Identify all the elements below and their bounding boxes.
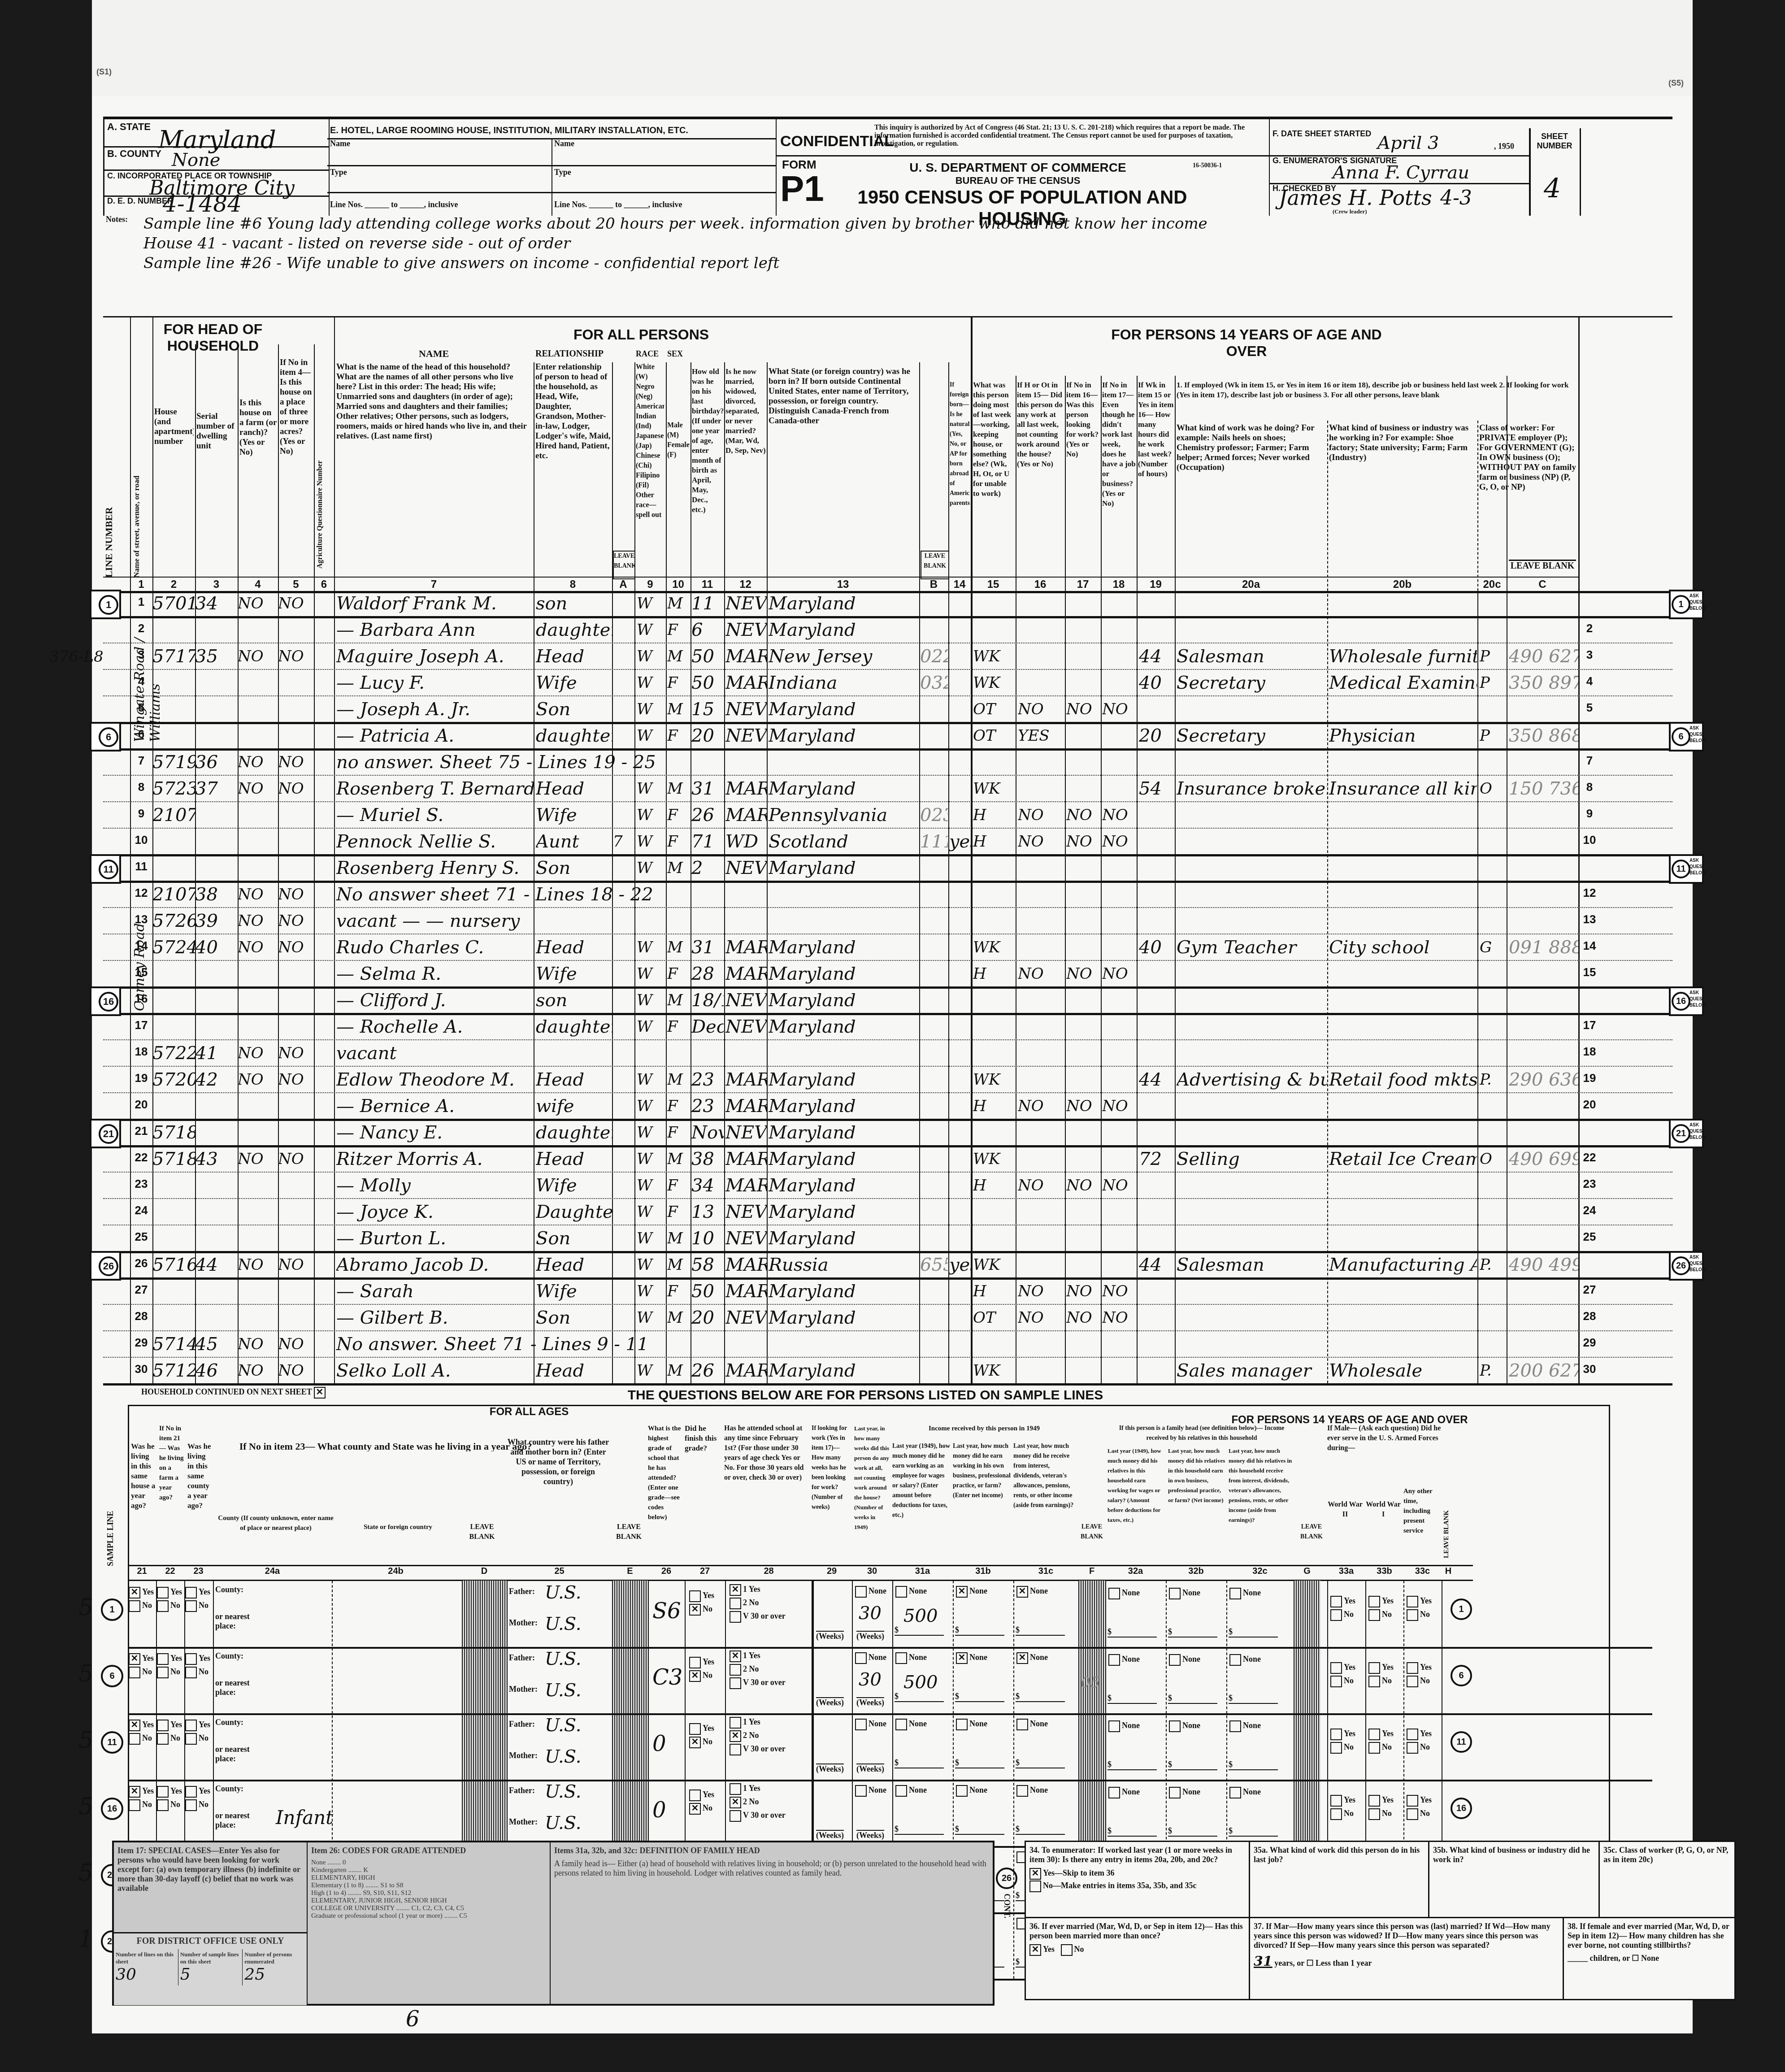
ask-questions-below-marker: 1ASK QUES. BELOW	[1669, 590, 1704, 619]
q33c-yes-checkbox[interactable]	[1407, 1729, 1418, 1740]
line-number: 1	[130, 595, 152, 609]
cell-C: 490 499 1	[1509, 1255, 1578, 1275]
cell-act: WK	[973, 646, 1016, 667]
col-num: 20b	[1327, 578, 1477, 591]
cell-acres: NO	[278, 1360, 314, 1381]
q33b-no-checkbox[interactable]	[1368, 1808, 1380, 1820]
q23-yes-checkbox[interactable]	[185, 1653, 197, 1665]
cell-rel: Head	[536, 1255, 612, 1275]
q27-no-checkbox[interactable]: ✕	[689, 1604, 701, 1616]
cell-C: 350 868 1	[1509, 725, 1578, 746]
q31c-none-checkbox[interactable]	[1016, 1719, 1028, 1730]
q24a-header: County (If county unknown, enter name of…	[217, 1513, 334, 1563]
q33a-no-checkbox[interactable]	[1330, 1742, 1342, 1754]
cell-look: NO	[1066, 1281, 1101, 1302]
q21-no-checkbox[interactable]	[129, 1733, 140, 1745]
cell-farm: NO	[238, 937, 278, 958]
cell-C: 290 636 1	[1509, 1069, 1578, 1090]
date-year: , 1950	[1494, 142, 1514, 151]
q21-no-checkbox[interactable]	[129, 1799, 140, 1811]
q32b-none-checkbox[interactable]	[1169, 1720, 1181, 1732]
q36-text: 36. If ever married (Mar, Wd, D, or Sep …	[1029, 1922, 1246, 1941]
sample-row: 51✕YesNoYesNoYesNoCounty:or nearest plac…	[128, 1581, 1652, 1649]
q28-no-checkbox[interactable]: ✕	[730, 1730, 741, 1742]
q33c-yes-checkbox[interactable]	[1407, 1795, 1418, 1807]
q21-yes-checkbox[interactable]: ✕	[129, 1786, 140, 1798]
cell-house: 5712	[152, 1360, 195, 1381]
sheet-number-label: SHEET NUMBER	[1532, 132, 1577, 151]
table-row: 2525— Burton L.SonWM10NEVMaryland	[103, 1225, 1672, 1253]
cell-name: Abramo Jacob D.	[336, 1255, 534, 1275]
q28-yes-checkbox[interactable]: ✕	[730, 1584, 741, 1596]
q21-no-checkbox[interactable]	[129, 1667, 140, 1678]
q27-yes-checkbox[interactable]	[689, 1723, 701, 1735]
lower-col-num: 27	[685, 1566, 725, 1577]
q33c-no-checkbox[interactable]	[1407, 1609, 1418, 1621]
q32b-none-checkbox[interactable]	[1169, 1787, 1181, 1798]
q27-no-checkbox[interactable]: ✕	[689, 1803, 701, 1815]
cell-name: Rosenberg T. Bernard	[336, 778, 534, 799]
q37-box: 37. If Mar—How many years since this per…	[1249, 1917, 1565, 2000]
q33b-yes-checkbox[interactable]	[1368, 1662, 1380, 1674]
cell-rel: Son	[536, 858, 612, 878]
q33a-no-checkbox[interactable]	[1330, 1808, 1342, 1820]
q34-no-checkbox[interactable]	[1029, 1881, 1041, 1892]
q22-yes-checkbox[interactable]	[157, 1786, 169, 1798]
cell-farm: NO	[238, 1069, 278, 1090]
all-ages-heading: FOR ALL AGES	[238, 1406, 821, 1418]
q23-no-checkbox[interactable]	[185, 1733, 197, 1745]
sample-line-number: 11	[99, 860, 118, 879]
q27-yes-checkbox[interactable]	[689, 1657, 701, 1668]
cell-hrs: 40	[1139, 937, 1175, 958]
line-number-right: 5	[1578, 701, 1601, 715]
cell-mar: WD	[725, 831, 767, 852]
cell-house: 5701	[152, 593, 195, 614]
q35c-text: 35c. Class of worker (P, G, O, or NP, as…	[1603, 1846, 1731, 1864]
cell-occ: Secretary	[1177, 725, 1327, 746]
father-birthplace: U.S.	[545, 1781, 581, 1802]
cell-rel: Head	[536, 646, 612, 667]
q29-header: If looking for work (Yes in item 17)— Ho…	[812, 1424, 852, 1563]
cell-mar: MAR	[725, 1149, 767, 1169]
q21-yes-checkbox[interactable]: ✕	[129, 1653, 140, 1665]
cell-cls: P.	[1480, 1360, 1507, 1381]
q28-yes-checkbox[interactable]: ✕	[730, 1651, 741, 1662]
q31b-none-checkbox[interactable]	[956, 1785, 968, 1797]
q33a-yes-checkbox[interactable]	[1330, 1729, 1342, 1740]
checked-by-signature: James H. Potts	[1279, 186, 1432, 210]
q21-no-checkbox[interactable]	[129, 1600, 140, 1612]
line-number-right: 24	[1578, 1203, 1601, 1217]
col-g-header: LEAVE BLANK	[1298, 1522, 1325, 1542]
q33c-no-checkbox[interactable]	[1407, 1676, 1418, 1687]
q32c-none-checkbox[interactable]	[1229, 1654, 1241, 1666]
q24b-header: State or foreign country	[336, 1522, 460, 1532]
sample-line-number-right: 16	[1451, 1798, 1472, 1819]
lower-col-num: 22	[156, 1566, 184, 1577]
cell-occ: Salesman	[1177, 1255, 1327, 1275]
cell-mar: MAR	[725, 1175, 767, 1196]
q33c-no-checkbox[interactable]	[1407, 1742, 1418, 1754]
q33b-yes-checkbox[interactable]	[1368, 1795, 1380, 1807]
cell-mar: NEV	[725, 1016, 767, 1037]
q30-none-checkbox[interactable]	[855, 1719, 867, 1730]
q33a-yes-checkbox[interactable]	[1330, 1795, 1342, 1807]
q23-yes-checkbox[interactable]	[185, 1720, 197, 1731]
ask-line-number: 21	[1672, 1124, 1690, 1143]
q32a-header: Last year (1949), how much money did his…	[1107, 1446, 1166, 1563]
cell-rel: Son	[536, 699, 612, 720]
q33a-no-checkbox[interactable]	[1330, 1676, 1342, 1687]
cell-B: 023	[920, 805, 948, 825]
q33c-yes-checkbox[interactable]	[1407, 1596, 1418, 1607]
cell-act: WK	[973, 1255, 1016, 1275]
q32a-none-checkbox[interactable]	[1108, 1720, 1120, 1732]
col-num: B	[919, 578, 948, 591]
mother-birthplace: U.S.	[545, 1813, 581, 1833]
notes-section: Notes: Sample line #6 Young lady attendi…	[103, 214, 1246, 295]
lower-col-num: 33c	[1403, 1566, 1442, 1577]
q30-none-checkbox[interactable]	[855, 1652, 867, 1664]
cell-name: vacant	[336, 1043, 534, 1064]
district-col-label: Number of lines on this sheet	[116, 1951, 176, 1965]
sample-line-number: 16	[101, 1798, 123, 1820]
cell-mar: MAR	[725, 937, 767, 958]
cell-race: W	[637, 593, 666, 614]
cell-born: Russia	[769, 1255, 919, 1275]
cell-name: Selko Loll A.	[336, 1360, 534, 1381]
cell-age: 26	[691, 805, 724, 825]
form-id: P1	[780, 169, 824, 209]
line-number-right: 9	[1578, 807, 1601, 821]
cell-name: — Joyce K.	[336, 1202, 534, 1222]
cell-hrs: 40	[1139, 673, 1175, 693]
q31b-none-checkbox[interactable]: ✕	[956, 1586, 968, 1598]
cell-look: NO	[1066, 831, 1101, 852]
q36-no-checkbox[interactable]	[1061, 1944, 1073, 1956]
q22-yes-checkbox[interactable]	[157, 1653, 169, 1665]
q30-none-checkbox[interactable]	[855, 1785, 867, 1797]
q31b-none-checkbox[interactable]	[956, 1719, 968, 1730]
line-26-marker: 26	[996, 1868, 1017, 1889]
cell-name: — Molly	[336, 1175, 534, 1196]
q33b-yes-checkbox[interactable]	[1368, 1729, 1380, 1740]
q21-yes-checkbox[interactable]: ✕	[129, 1587, 140, 1599]
lower-col-num: 33a	[1327, 1566, 1365, 1577]
sheet-header: a. STATE Maryland b. COUNTY None c. INCO…	[103, 117, 1672, 216]
sample-row: 511✕YesNoYesNoYesNoCounty:or nearest pla…	[128, 1713, 1652, 1781]
q28-30-over-checkbox[interactable]	[730, 1677, 741, 1689]
col-num: 17	[1065, 578, 1101, 591]
cell-job: NO	[1102, 964, 1137, 984]
cell-act: OT	[973, 725, 1016, 746]
col20-instructions: 1. If employed (Wk in item 15, or Yes in…	[1177, 380, 1576, 416]
col-e-header: LEAVE BLANK	[612, 1522, 646, 1542]
q28-30-over-checkbox[interactable]	[730, 1744, 741, 1755]
q36-yes-checkbox[interactable]: ✕	[1029, 1944, 1041, 1956]
cell-age: Nov 1949	[691, 1122, 724, 1143]
district-office-heading: FOR DISTRICT OFFICE USE ONLY	[114, 1936, 307, 1946]
q27-yes-checkbox[interactable]	[689, 1790, 701, 1801]
cell-mar: MAR	[725, 805, 767, 825]
cell-born: Maryland	[769, 990, 919, 1011]
q22-no-checkbox[interactable]	[157, 1600, 169, 1612]
q34-yes-checkbox[interactable]: ✕	[1029, 1868, 1041, 1880]
cell-age: 38	[691, 1149, 724, 1169]
cell-age: 18/12	[691, 990, 724, 1011]
institution-type-label-2: Type	[554, 168, 571, 177]
cell-B: 032	[920, 673, 948, 693]
q31b-none-checkbox[interactable]: ✕	[956, 1652, 968, 1664]
nearest-place-label: or nearest place:	[215, 1811, 269, 1830]
table-row: 77571936NONOno answer. Sheet 75 - Lines …	[103, 748, 1672, 776]
q21-yes-checkbox[interactable]: ✕	[129, 1720, 140, 1731]
q27-no-checkbox[interactable]: ✕	[689, 1670, 701, 1682]
table-row: 2222571843NONORitzer Morris A.HeadWM38MA…	[103, 1145, 1672, 1173]
cell-sex: M	[667, 937, 691, 958]
q30-none-checkbox[interactable]	[855, 1586, 867, 1598]
col8-title: RELATIONSHIP	[535, 349, 611, 359]
ask-line-number: 1	[1672, 595, 1690, 614]
q33b-no-checkbox[interactable]	[1368, 1676, 1380, 1687]
q32c-none-checkbox[interactable]	[1229, 1720, 1241, 1732]
sample-margin-code: 1	[78, 1926, 93, 1953]
family-head-definition: A family head is— Either (a) head of hou…	[554, 1859, 986, 1878]
cell-serial: 43	[195, 1149, 238, 1169]
table-row: 2929571445NONONo answer. Sheet 71 - Line…	[103, 1330, 1672, 1358]
cell-C: 350 897 1	[1509, 673, 1578, 693]
cell-mar: MAR	[725, 964, 767, 984]
q33b-no-checkbox[interactable]	[1368, 1609, 1380, 1621]
cell-born: Maryland	[769, 1307, 919, 1328]
ask-questions-below-marker: 26ASK QUES. BELOW	[1669, 1251, 1704, 1281]
cell-race: W	[637, 1255, 666, 1275]
cell-acres: NO	[278, 778, 314, 799]
q31a-amount: 500	[903, 1606, 938, 1626]
cell-job: NO	[1102, 831, 1137, 852]
cell-rel: daughter	[536, 1122, 612, 1143]
cell-born: Indiana	[769, 673, 919, 693]
institution-name-label-2: Name	[554, 139, 574, 148]
table-row: 3030571246NONOSelko Loll A.HeadWM26MARMa…	[103, 1357, 1672, 1386]
q33b-yes-checkbox[interactable]	[1368, 1596, 1380, 1607]
q31a-none-checkbox[interactable]	[895, 1719, 907, 1730]
lower-col-num: 26	[648, 1566, 685, 1577]
cell-job: NO	[1102, 1175, 1137, 1196]
cell-name: no answer. Sheet 75 - Lines 19 - 25	[336, 752, 919, 773]
cell-acres: NO	[278, 911, 314, 931]
q22-no-checkbox[interactable]	[157, 1733, 169, 1745]
sample-questions-banner: THE QUESTIONS BELOW ARE FOR PERSONS LIST…	[507, 1388, 1224, 1403]
lower-col-num: 33b	[1365, 1566, 1403, 1577]
col4-header: Is this house on a farm (or ranch)? (Yes…	[239, 398, 277, 569]
q22-no-checkbox[interactable]	[157, 1799, 169, 1811]
cell-act: H	[973, 1175, 1016, 1196]
col-num: 20a	[1175, 578, 1327, 591]
q22-yes-checkbox[interactable]	[157, 1720, 169, 1731]
cell-nat: yes	[949, 1255, 971, 1275]
q31a-none-checkbox[interactable]	[895, 1652, 907, 1664]
line-number: 23	[130, 1177, 152, 1191]
q27-header: Did he finish this grade?	[685, 1424, 721, 1513]
cell-name: Pennock Nellie S.	[336, 831, 534, 852]
cell-name: — Selma R.	[336, 964, 534, 984]
q31a-none-checkbox[interactable]	[895, 1785, 907, 1797]
q28-no-checkbox[interactable]	[730, 1598, 741, 1609]
sample-line-marker: 21	[90, 1119, 121, 1148]
q27-no-checkbox[interactable]: ✕	[689, 1737, 701, 1748]
col-num: 4	[238, 578, 278, 591]
page-code-left: (S1)	[96, 67, 112, 77]
q31c-none-checkbox[interactable]: ✕	[1016, 1586, 1028, 1598]
q32a-none-checkbox[interactable]	[1108, 1654, 1120, 1666]
cell-act: OT	[973, 699, 1016, 720]
cell-sex: F	[667, 620, 691, 640]
cell-look: NO	[1066, 1096, 1101, 1116]
q23-yes-checkbox[interactable]	[185, 1786, 197, 1798]
q33b-no-checkbox[interactable]	[1368, 1742, 1380, 1754]
q22-yes-checkbox[interactable]	[157, 1587, 169, 1599]
q23-no-checkbox[interactable]	[185, 1600, 197, 1612]
line-number-right: 8	[1578, 780, 1601, 794]
grade-code-item: COLLEGE OR UNIVERSITY ........ C1, C2, C…	[311, 1905, 546, 1912]
previous-sheet-strip: (S1) (S5)	[92, 0, 1693, 97]
cell-name: — Lucy F.	[336, 673, 534, 693]
cell-ind: Manufacturing Agt.	[1329, 1255, 1477, 1275]
sheet-number-block: SHEET NUMBER 4	[1529, 128, 1581, 216]
cell-B: 111	[920, 831, 948, 852]
q22-no-checkbox[interactable]	[157, 1667, 169, 1678]
cell-serial: 41	[195, 1043, 238, 1064]
line-number: 19	[130, 1071, 152, 1085]
cell-house: 5723	[152, 778, 195, 799]
lower-col-num: 25	[507, 1566, 612, 1577]
cell-sex: M	[667, 699, 691, 720]
q32b-none-checkbox[interactable]	[1169, 1654, 1181, 1666]
cell-age: 20	[691, 725, 724, 746]
cell-sex: F	[667, 725, 691, 746]
q32a-none-checkbox[interactable]	[1108, 1588, 1120, 1599]
q33c-header: Any other time, including present servic…	[1403, 1486, 1439, 1563]
sample-line-marker: 1	[90, 590, 121, 619]
line-number-right: 14	[1578, 939, 1601, 953]
cell-mar: NEV	[725, 990, 767, 1011]
table-row: 111ASK QUES. BELOW570134NONOWaldorf Fran…	[103, 590, 1672, 618]
q21-header: Was he living in this same house a year …	[131, 1442, 157, 1558]
cell-work: YES	[1018, 725, 1065, 746]
q33c-no-checkbox[interactable]	[1407, 1808, 1418, 1820]
weeks-label: (Weeks)	[856, 1830, 884, 1840]
cell-ind: City school	[1329, 937, 1477, 958]
cell-born: Maryland	[769, 620, 919, 640]
q23-no-checkbox[interactable]	[185, 1667, 197, 1678]
lower-col-num: 30	[852, 1566, 892, 1577]
cell-work: NO	[1018, 831, 1065, 852]
q31c-none-checkbox[interactable]	[1016, 1785, 1028, 1797]
cell-name: — Gilbert B.	[336, 1307, 534, 1328]
line-number: 26	[130, 1256, 152, 1270]
q28-30-over-checkbox[interactable]	[730, 1810, 741, 1822]
cell-act: WK	[973, 1360, 1016, 1381]
q26-grade: C3	[652, 1665, 682, 1690]
q32c-none-checkbox[interactable]	[1229, 1588, 1241, 1599]
ask-line-number: 6	[1672, 727, 1690, 746]
cell-ind: Wholesale	[1329, 1360, 1477, 1381]
col-num: 9	[634, 578, 666, 591]
table-row: 1212210738NONONo answer sheet 71 - Lines…	[103, 881, 1672, 908]
q33c-yes-checkbox[interactable]	[1407, 1662, 1418, 1674]
q28-no-checkbox[interactable]	[730, 1664, 741, 1676]
cell-rel: wife	[536, 1096, 612, 1116]
q33a-no-checkbox[interactable]	[1330, 1609, 1342, 1621]
cell-job: NO	[1102, 1096, 1137, 1116]
note-line: House 41 - vacant - listed on reverse si…	[143, 234, 1246, 253]
q28-no-checkbox[interactable]: ✕	[730, 1797, 741, 1808]
q36-box: 36. If ever married (Mar, Wd, D, or Sep …	[1025, 1917, 1251, 2000]
cell-race: W	[637, 1202, 666, 1222]
col20a-header: What kind of work was he doing? For exam…	[1177, 423, 1325, 571]
cell-rel: Son	[536, 1307, 612, 1328]
cell-born: Maryland	[769, 1016, 919, 1037]
q28-yes-checkbox[interactable]	[730, 1717, 741, 1729]
head-of-household-heading: FOR HEAD OF HOUSEHOLD	[139, 321, 287, 354]
col11-header: How old was he on his last birthday? (If…	[692, 367, 723, 573]
q28-yes-checkbox[interactable]	[730, 1783, 741, 1795]
lower-col-num: 32c	[1226, 1566, 1294, 1577]
cell-born: Maryland	[769, 725, 919, 746]
q33a-yes-checkbox[interactable]	[1330, 1596, 1342, 1607]
q23-yes-checkbox[interactable]	[185, 1587, 197, 1599]
lower-col-num: 31c	[1013, 1566, 1078, 1577]
sample-line-number: 11	[101, 1731, 123, 1754]
q32a-none-checkbox[interactable]	[1108, 1787, 1120, 1798]
col-h-header: LEAVE BLANK	[1442, 1495, 1455, 1558]
q28-30-over-checkbox[interactable]	[730, 1611, 741, 1623]
q31a-none-checkbox[interactable]	[895, 1586, 907, 1598]
lower-col-num: 28	[725, 1566, 812, 1577]
mother-label: Mother:	[509, 1817, 538, 1827]
q23-no-checkbox[interactable]	[185, 1799, 197, 1811]
cell-act: H	[973, 805, 1016, 825]
line-number: 30	[130, 1362, 152, 1376]
confidential-text: This inquiry is authorized by Act of Con…	[874, 124, 1260, 148]
q27-yes-checkbox[interactable]	[689, 1590, 701, 1602]
grade-code-item: Graduate or professional school (1 year …	[311, 1912, 546, 1920]
lower-col-num: 31b	[953, 1566, 1013, 1577]
col5-header: If No in item 4— Is this house on a plac…	[280, 358, 313, 569]
q31b-header: Last year, how much money did he earn wo…	[953, 1442, 1011, 1563]
cell-age: 71	[691, 831, 724, 852]
q33a-yes-checkbox[interactable]	[1330, 1662, 1342, 1674]
cell-rel: Wife	[536, 964, 612, 984]
sample-line-number-right: 11	[1451, 1731, 1472, 1753]
lower-col-num: 23	[184, 1566, 213, 1577]
cell-ind: Physician	[1329, 725, 1477, 746]
line-number-right: 30	[1578, 1362, 1601, 1376]
cell-work: NO	[1018, 1281, 1065, 1302]
nearest-place-label: or nearest place:	[215, 1612, 269, 1631]
sample-row: 516✕YesNoYesNoYesNoCounty:or nearest pla…	[128, 1780, 1652, 1848]
weeks-label: (Weeks)	[816, 1830, 844, 1840]
cell-rel: Wife	[536, 1175, 612, 1196]
cell-mar: NEV	[725, 858, 767, 878]
institution-block: e. HOTEL, LARGE ROOMING HOUSE, INSTITUTI…	[327, 119, 777, 216]
q31c-none-checkbox[interactable]: ✕	[1016, 1652, 1028, 1664]
q32b-none-checkbox[interactable]	[1169, 1588, 1181, 1599]
cell-race: W	[637, 620, 666, 640]
q32c-none-checkbox[interactable]	[1229, 1787, 1241, 1798]
